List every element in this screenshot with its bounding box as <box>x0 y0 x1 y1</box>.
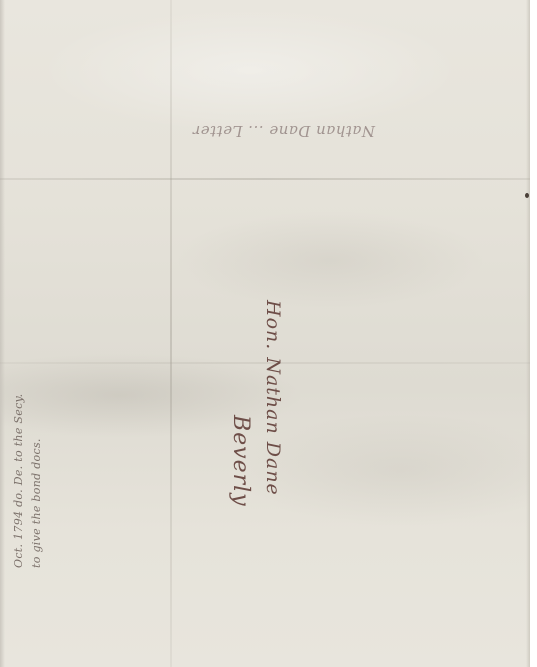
address-place: Beverly <box>228 415 253 507</box>
paper-left-edge <box>0 0 5 667</box>
horizontal-fold-crease <box>0 178 530 180</box>
paper-right-edge <box>526 0 530 667</box>
docket-text: Nathan Dane ... Letter <box>193 122 375 140</box>
letter-paper: Nathan Dane ... Letter Hon. Nathan Dane … <box>0 0 530 667</box>
address-name: Hon. Nathan Dane <box>262 300 284 496</box>
margin-note-line-1: Oct. 1794 do. De. to the Secy. <box>12 394 25 568</box>
vertical-fold-crease <box>170 0 172 667</box>
ink-spot <box>525 193 529 198</box>
margin-note-line-2: to give the bond docs. <box>30 438 43 568</box>
